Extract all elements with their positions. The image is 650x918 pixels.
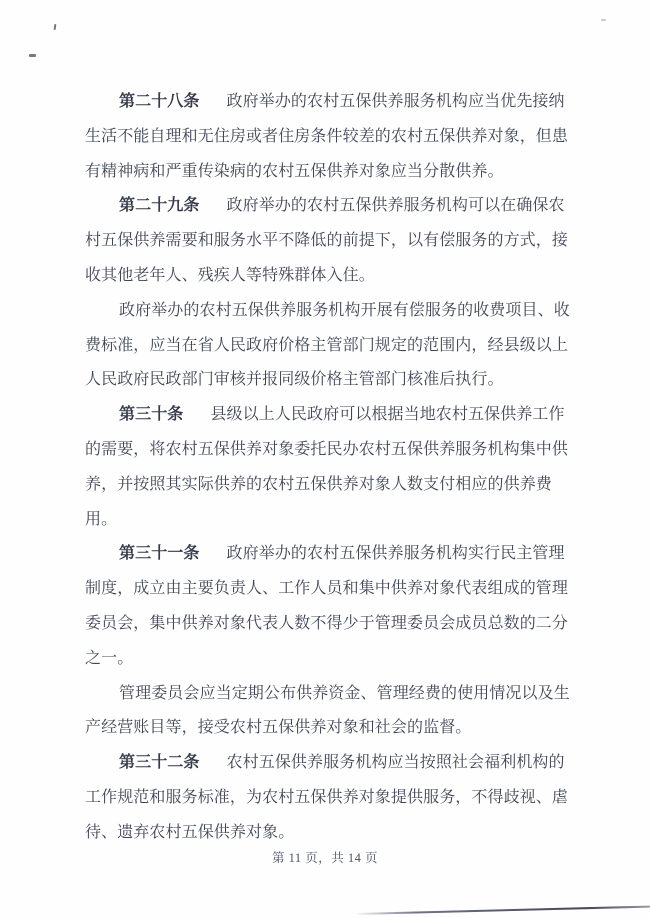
scan-speck (29, 54, 36, 57)
text-line: 产经营账目等，接受农村五保供养对象和社会的监督。 (85, 711, 569, 746)
text: 政府举办的农村五保供养服务机构可以在确保农 (227, 197, 565, 214)
text: 政府举办的农村五保供养服务机构实行民主管理 (227, 545, 565, 562)
text-line: 工作规范和服务标准，为农村五保供养对象提供服务，不得歧视、虐 (85, 781, 569, 816)
text-line: 第二十八条政府举办的农村五保供养服务机构应当优先接纳 (85, 85, 569, 120)
text-line: 的需要，将农村五保供养对象委托民办农村五保供养服务机构集中供 (85, 433, 569, 468)
text-line: 人民政府民政部门审核并报同级价格主管部门核准后执行。 (85, 363, 569, 398)
text: 县级以上人民政府可以根据当地农村五保供养工作 (210, 406, 564, 423)
article-number: 第三十条 (119, 406, 183, 423)
text: 政府举办的农村五保供养服务机构应当优先接纳 (227, 93, 565, 110)
document-page: 第二十八条政府举办的农村五保供养服务机构应当优先接纳 生活不能自理和无住房或者住… (0, 0, 650, 918)
text-line: 生活不能自理和无住房或者住房条件较差的农村五保供养对象，但患 (85, 120, 569, 155)
article-number: 第三十一条 (119, 545, 200, 562)
scan-speck (601, 19, 606, 21)
text-line: 制度，成立由主要负责人、工作人员和集中供养对象代表组成的管理 (85, 572, 569, 607)
text-line: 收其他老年人、残疾人等特殊群体入住。 (85, 259, 569, 294)
text-line: 第三十二条农村五保供养服务机构应当按照社会福利机构的 (85, 746, 569, 781)
text-line: 第三十一条政府举办的农村五保供养服务机构实行民主管理 (85, 537, 569, 572)
text-line: 之一。 (85, 642, 569, 677)
scan-edge-line (357, 906, 650, 916)
text-line: 政府举办的农村五保供养服务机构开展有偿服务的收费项目、收 (85, 294, 569, 329)
text-line: 待、遗弃农村五保供养对象。 (85, 816, 569, 851)
text-line: 第二十九条政府举办的农村五保供养服务机构可以在确保农 (85, 189, 569, 224)
paragraph: 政府举办的农村五保供养服务机构开展有偿服务的收费项目、收 费标准，应当在省人民政… (85, 294, 569, 398)
article-number: 第二十九条 (119, 197, 200, 214)
text-line: 有精神病和严重传染病的农村五保供养对象应当分散供养。 (85, 155, 569, 190)
article-28-paragraph: 第二十八条政府举办的农村五保供养服务机构应当优先接纳 生活不能自理和无住房或者住… (85, 85, 569, 189)
paragraph: 管理委员会应当定期公布供养资金、管理经费的使用情况以及生 产经营账目等，接受农村… (85, 677, 569, 747)
article-32-paragraph: 第三十二条农村五保供养服务机构应当按照社会福利机构的 工作规范和服务标准，为农村… (85, 746, 569, 850)
article-29-paragraph: 第二十九条政府举办的农村五保供养服务机构可以在确保农 村五保供养需要和服务水平不… (85, 189, 569, 293)
text-line: 村五保供养需要和服务水平不降低的前提下，以有偿服务的方式，接 (85, 224, 569, 259)
text-line: 委员会，集中供养对象代表人数不得少于管理委员会成员总数的二分 (85, 607, 569, 642)
article-30-paragraph: 第三十条县级以上人民政府可以根据当地农村五保供养工作 的需要，将农村五保供养对象… (85, 398, 569, 537)
article-number: 第三十二条 (119, 754, 200, 771)
text-line: 养，并按照其实际供养的农村五保供养对象人数支付相应的供养费 (85, 468, 569, 503)
text-line: 第三十条县级以上人民政府可以根据当地农村五保供养工作 (85, 398, 569, 433)
text-line: 用。 (85, 503, 569, 538)
scan-speck (54, 24, 57, 30)
document-body: 第二十八条政府举办的农村五保供养服务机构应当优先接纳 生活不能自理和无住房或者住… (85, 85, 569, 851)
text-line: 费标准，应当在省人民政府价格主管部门规定的范围内，经县级以上 (85, 329, 569, 364)
text-line: 管理委员会应当定期公布供养资金、管理经费的使用情况以及生 (85, 677, 569, 712)
article-number: 第二十八条 (119, 93, 200, 110)
text: 农村五保供养服务机构应当按照社会福利机构的 (227, 754, 565, 771)
article-31-paragraph: 第三十一条政府举办的农村五保供养服务机构实行民主管理 制度，成立由主要负责人、工… (85, 537, 569, 676)
page-number: 第 11 页，共 14 页 (0, 848, 650, 866)
